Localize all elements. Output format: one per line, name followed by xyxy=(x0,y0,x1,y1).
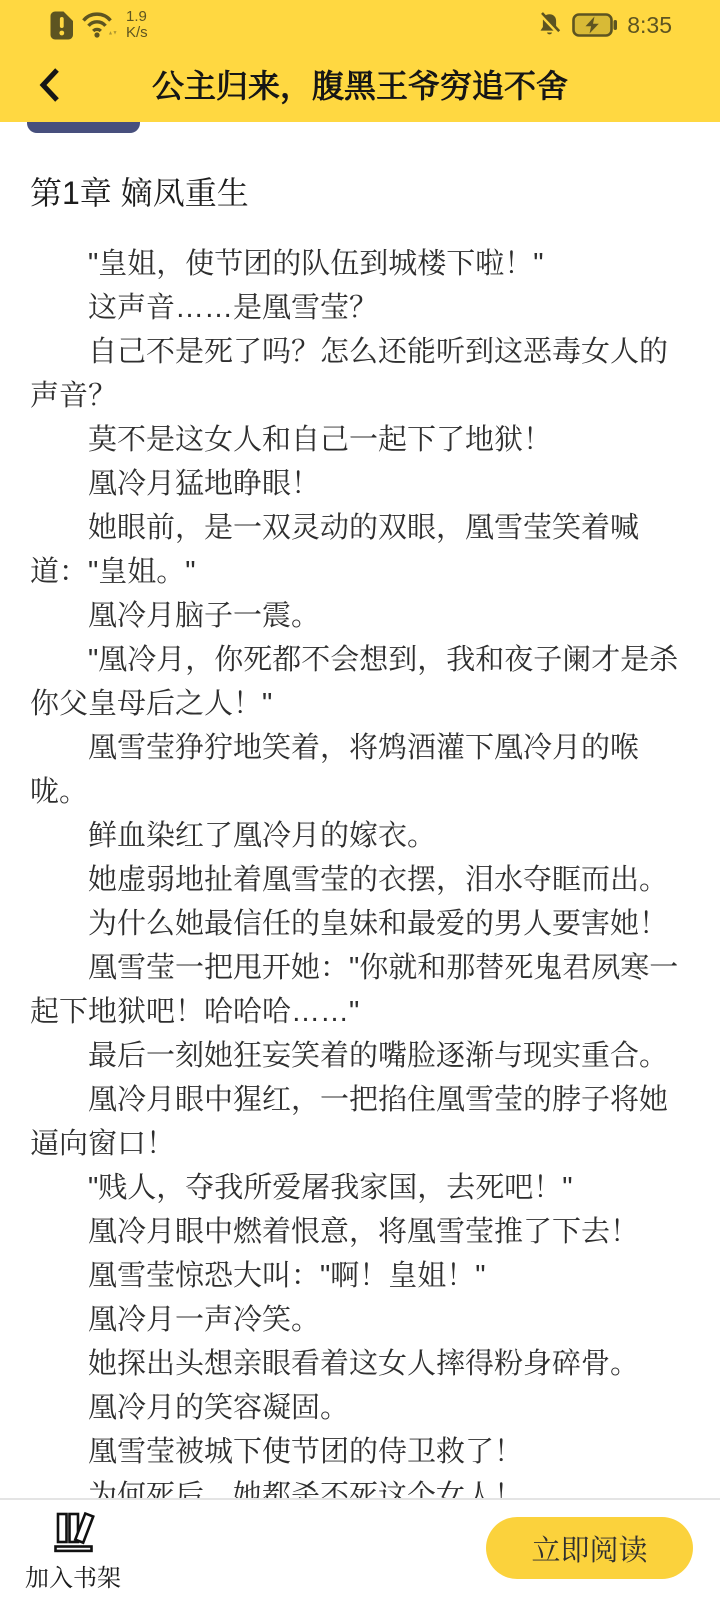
add-to-shelf-button[interactable]: 加入书架 xyxy=(25,1510,121,1593)
read-now-button[interactable]: 立即阅读 xyxy=(486,1517,693,1579)
status-bar: 1.9 K/s xyxy=(0,0,720,50)
paragraph: 凰冷月眼中猩红，一把掐住凰雪莹的脖子将她逼向窗口！ xyxy=(30,1078,690,1166)
paragraph: 凰冷月一声冷笑。 xyxy=(30,1298,690,1342)
nav-bar: 公主归来，腹黑王爷穷追不舍 xyxy=(0,50,720,122)
battery-charging-icon xyxy=(572,13,617,37)
paragraph: 最后一刻她狂妄笑着的嘴脸逐渐与现实重合。 xyxy=(30,1034,690,1078)
book-title: 公主归来，腹黑王爷穷追不舍 xyxy=(152,61,568,107)
paragraph: 鲜血染红了凰冷月的嫁衣。 xyxy=(30,814,690,858)
back-button[interactable] xyxy=(26,62,74,110)
page-indicator-tab xyxy=(27,122,140,133)
chapter-content: 第1章 嫡凤重生 "皇姐，使节团的队伍到城楼下啦！"这声音……是凰雪莹？自己不是… xyxy=(0,122,720,1518)
paragraph: 她眼前，是一双灵动的双眼，凰雪莹笑着喊道："皇姐。" xyxy=(30,506,690,594)
paragraph: 她虚弱地扯着凰雪莹的衣摆，泪水夺眶而出。 xyxy=(30,858,690,902)
paragraph: "凰冷月，你死都不会想到，我和夜子阑才是杀你父皇母后之人！" xyxy=(30,638,690,726)
notifications-off-icon xyxy=(537,12,562,39)
status-bar-left: 1.9 K/s xyxy=(48,9,148,41)
paragraph: 莫不是这女人和自己一起下了地狱！ xyxy=(30,418,690,462)
reader-page: 1.9 K/s xyxy=(0,0,720,1600)
network-speed-value: 1.9 xyxy=(126,9,148,25)
chapter-title: 第1章 嫡凤重生 xyxy=(30,168,690,214)
paragraph-list: "皇姐，使节团的队伍到城楼下啦！"这声音……是凰雪莹？自己不是死了吗？怎么还能听… xyxy=(30,242,690,1518)
paragraph: 她探出头想亲眼看着这女人摔得粉身碎骨。 xyxy=(30,1342,690,1386)
paragraph: "贱人，夺我所爱屠我家国，去死吧！" xyxy=(30,1166,690,1210)
paragraph: 凰冷月脑子一震。 xyxy=(30,594,690,638)
paragraph: 凰雪莹被城下使节团的侍卫救了！ xyxy=(30,1430,690,1474)
paragraph: 凰雪莹惊恐大叫："啊！皇姐！" xyxy=(30,1254,690,1298)
paragraph: 凰雪莹一把甩开她："你就和那替死鬼君夙寒一起下地狱吧！哈哈哈……" xyxy=(30,946,690,1034)
status-bar-right: 8:35 xyxy=(537,12,672,39)
paragraph: 凰雪莹狰狞地笑着，将鸩酒灌下凰冷月的喉咙。 xyxy=(30,726,690,814)
paragraph: 这声音……是凰雪莹？ xyxy=(30,286,690,330)
paragraph: 凰冷月的笑容凝固。 xyxy=(30,1386,690,1430)
paragraph: 凰冷月眼中燃着恨意，将凰雪莹推了下去！ xyxy=(30,1210,690,1254)
paragraph: "皇姐，使节团的队伍到城楼下啦！" xyxy=(30,242,690,286)
add-to-shelf-label: 加入书架 xyxy=(25,1558,121,1593)
paragraph: 自己不是死了吗？怎么还能听到这恶毒女人的声音？ xyxy=(30,330,690,418)
sim-alert-icon xyxy=(48,10,75,40)
network-speed-unit: K/s xyxy=(126,25,148,41)
clock-time: 8:35 xyxy=(627,12,672,39)
paragraph: 凰冷月猛地睁眼！ xyxy=(30,462,690,506)
paragraph: 为什么她最信任的皇妹和最爱的男人要害她！ xyxy=(30,902,690,946)
bookshelf-icon xyxy=(50,1510,96,1556)
wifi-icon xyxy=(81,10,119,40)
network-speed: 1.9 K/s xyxy=(126,9,148,41)
app-header: 1.9 K/s xyxy=(0,0,720,122)
bottom-bar: 加入书架 立即阅读 xyxy=(0,1498,720,1600)
chevron-left-icon xyxy=(38,66,62,107)
